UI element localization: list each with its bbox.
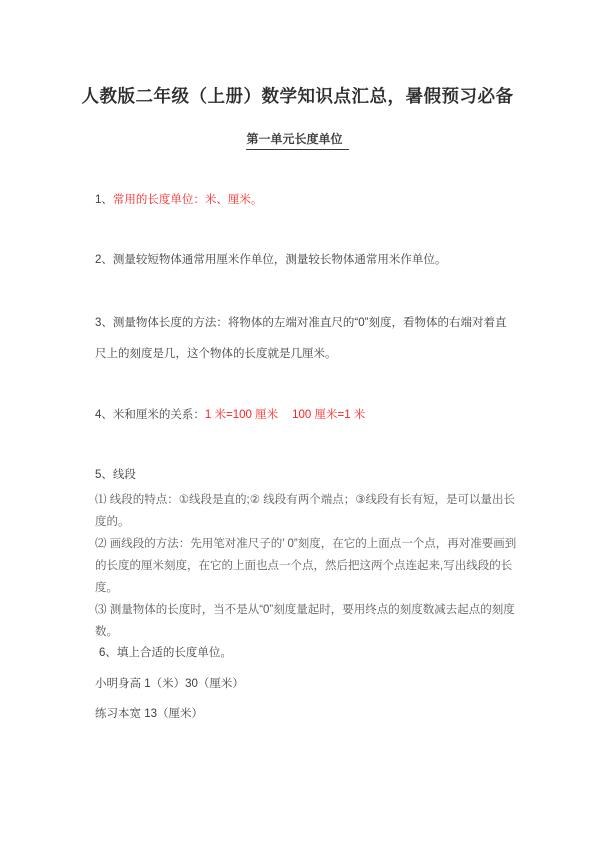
page-title: 人教版二年级（上册）数学知识点汇总，暑假预习必备 <box>0 83 595 108</box>
exercise-line-notebook: 练习本宽 13（厘米） <box>95 707 203 722</box>
item-4-label: 4、米和厘米的关系： <box>95 409 205 421</box>
list-item-6-heading: 6、填上合适的长度单位。 <box>99 646 232 661</box>
note-measuring-rule: ⑶ 测量物体的长度时，当不是从“0”刻度量起时，要用终点的刻度数减去起点的刻度数… <box>95 599 519 643</box>
list-item-3: 3、测量物体长度的方法：将物体的左端对准直尺的“0”刻度，看物体的右端对着直尺上… <box>95 308 515 370</box>
list-item-4: 4、米和厘米的关系：1 米=100 厘米100 厘米=1 米 <box>95 408 365 423</box>
exercise-line-height: 小明身高 1（米）30（厘米） <box>95 677 244 692</box>
list-item-2: 2、测量较短物体通常用厘米作单位，测量较长物体通常用米作单位。 <box>95 253 446 268</box>
section-heading: 第一单元长度单位 <box>246 130 348 150</box>
section-heading-wrap: 第一单元长度单位 <box>0 130 595 150</box>
list-item-1: 1、常用的长度单位：米、厘米。 <box>95 193 262 208</box>
item-4-equation-2: 100 厘米=1 米 <box>292 409 365 421</box>
item-1-number: 1、 <box>95 194 113 206</box>
list-item-5-heading: 5、线段 <box>95 468 136 483</box>
line-segment-notes: ⑴ 线段的特点：①线段是直的;② 线段有两个端点；③线段有长有短，是可以量出长度… <box>95 489 519 643</box>
note-segment-features: ⑴ 线段的特点：①线段是直的;② 线段有两个端点；③线段有长有短，是可以量出长度… <box>95 489 519 533</box>
note-drawing-method: ⑵ 画线段的方法：先用笔对准尺子的’ 0”刻度，在它的上面点一个点，再对准要画到… <box>95 533 519 599</box>
item-1-highlight-text: 常用的长度单位：米、厘米。 <box>113 194 263 206</box>
document-page: 人教版二年级（上册）数学知识点汇总，暑假预习必备 第一单元长度单位 1、常用的长… <box>0 0 595 842</box>
item-4-equation-1: 1 米=100 厘米 <box>205 409 278 421</box>
